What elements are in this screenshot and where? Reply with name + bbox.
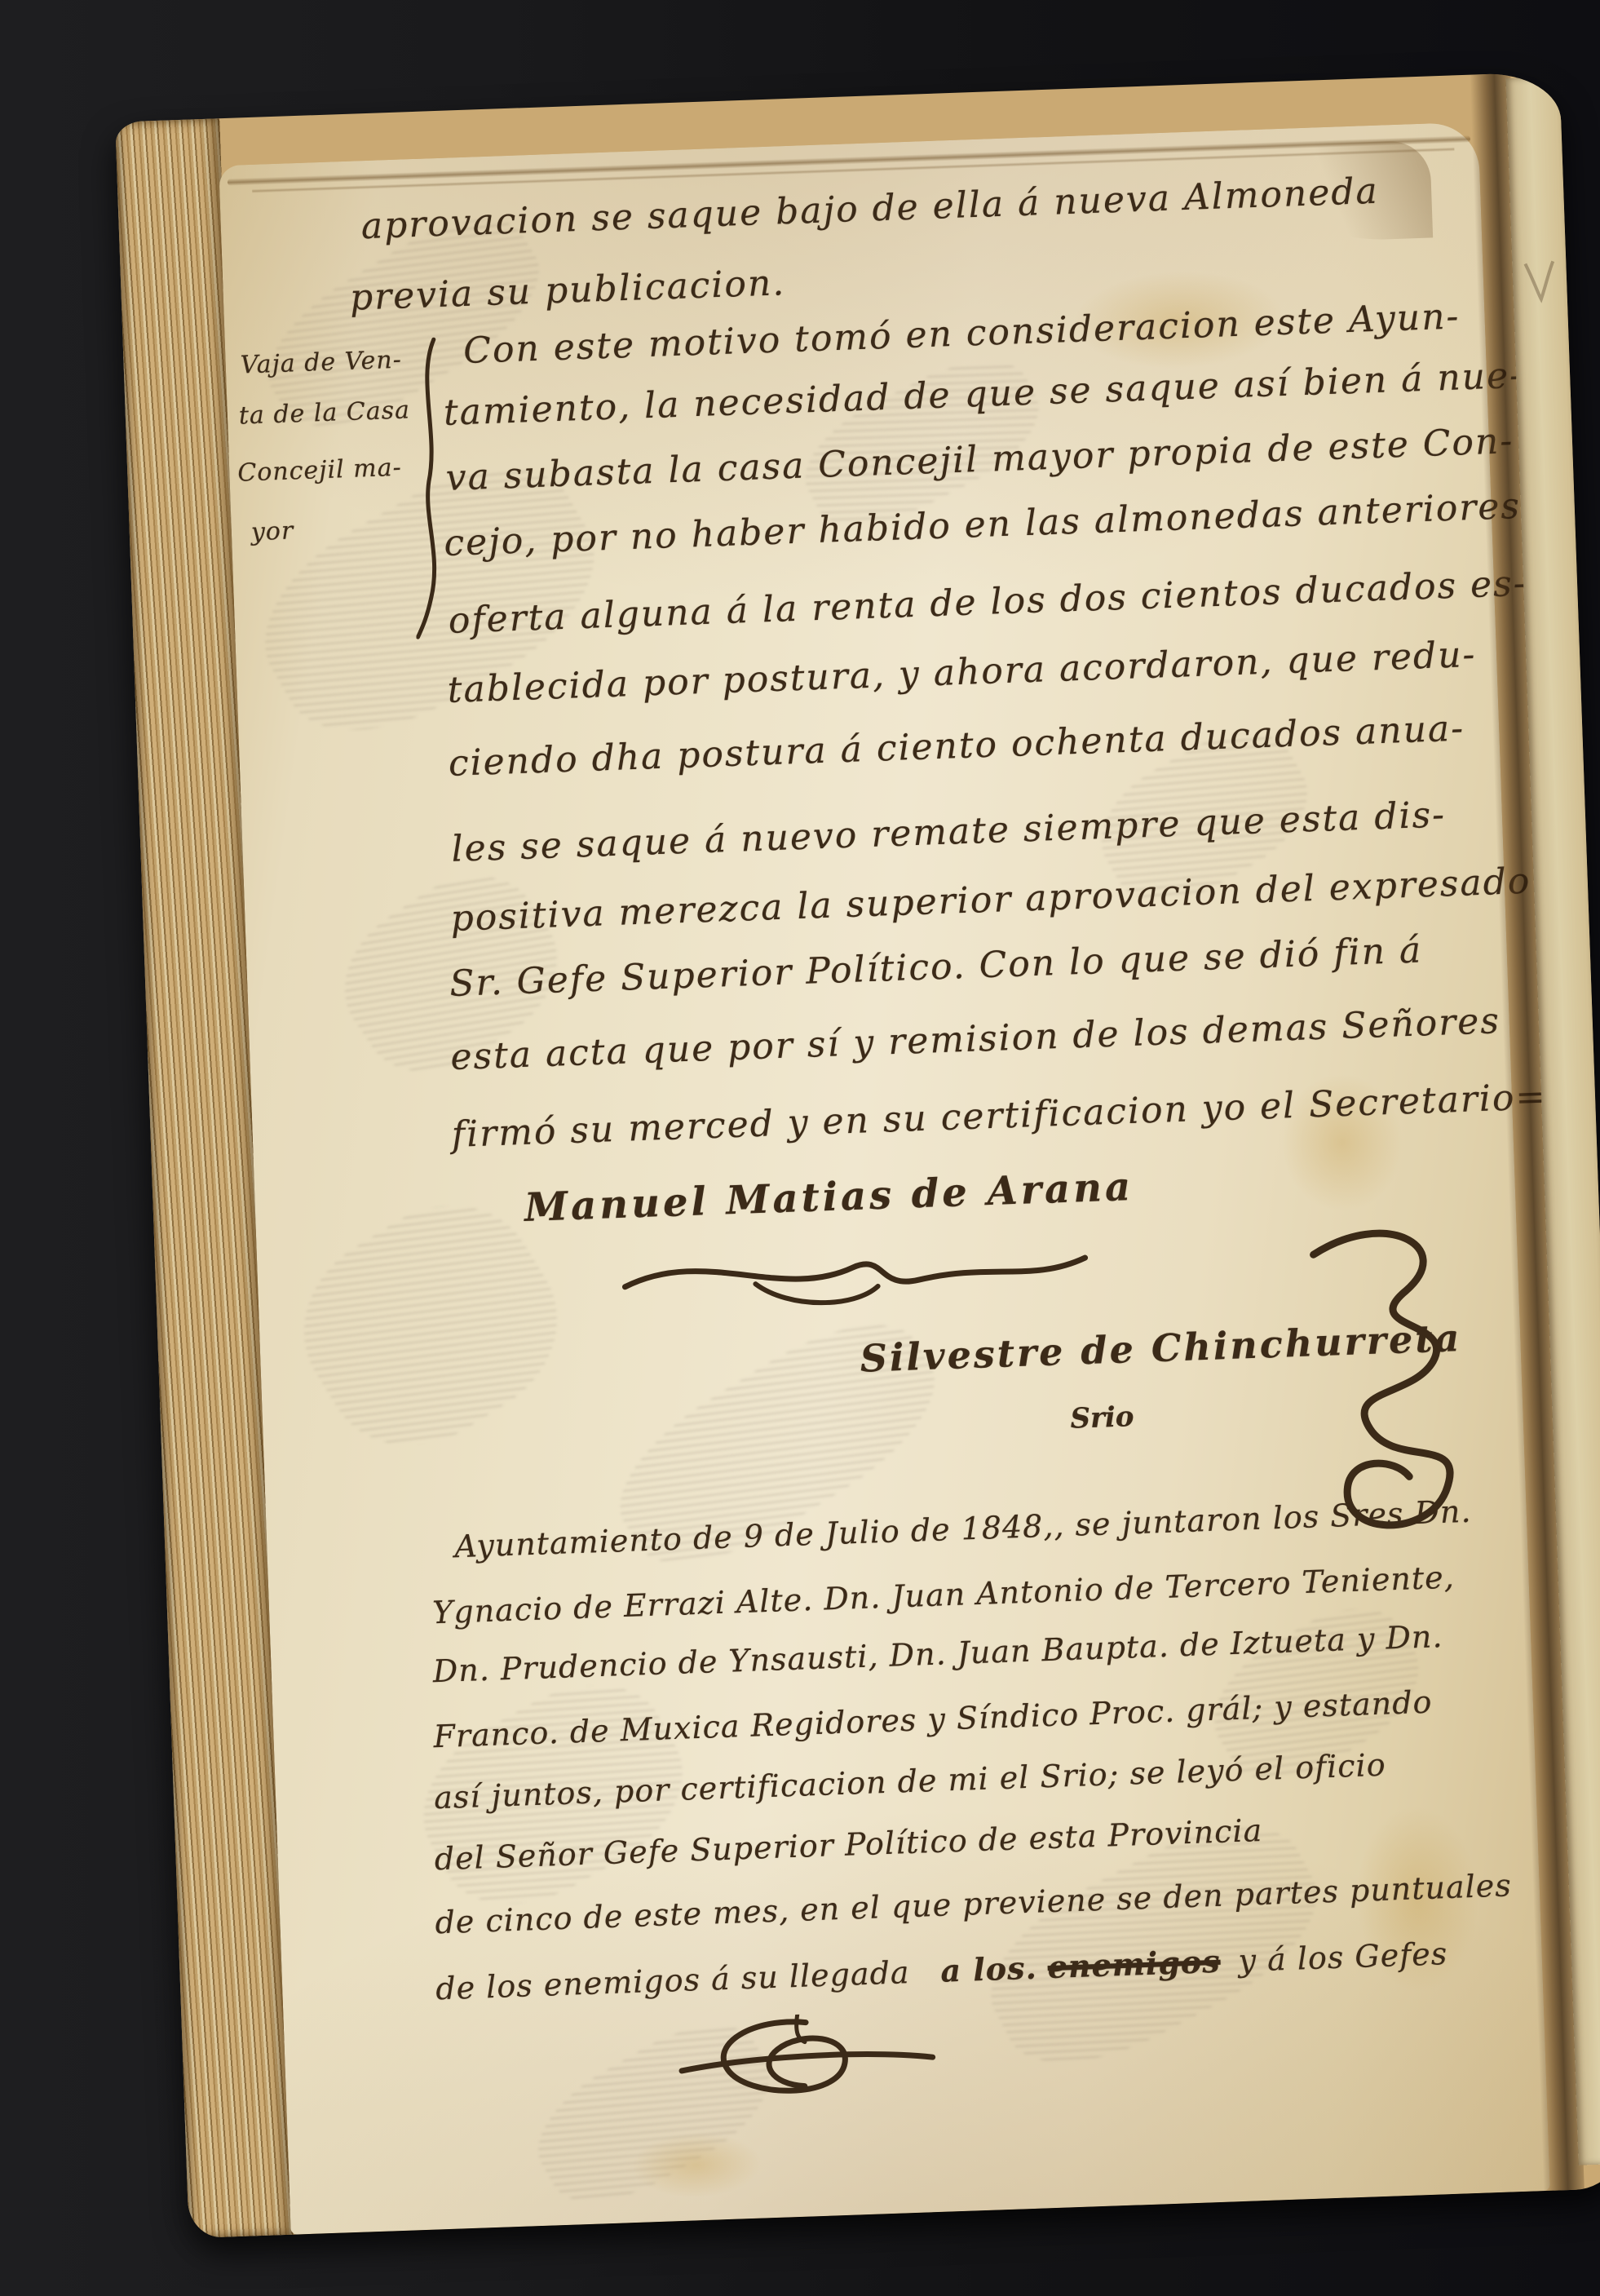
- text-line: Sr. Gefe Superior Político. Con lo que s…: [449, 929, 1423, 1005]
- photo-background: { "margin_note": { "lines": ["Vaja de Ve…: [0, 0, 1600, 2296]
- signature-title-srio: Srio: [1070, 1400, 1134, 1436]
- text-line: positiva merezca la superior aprovacion …: [450, 860, 1531, 940]
- margin-note-line: Concejil ma-: [237, 453, 402, 488]
- text-segment: de los enemigos á su llegada: [435, 1954, 911, 2006]
- text-line: Ygnacio de Errazi Alte. Dn. Juan Antonio…: [431, 1559, 1455, 1630]
- text-line: esta acta que por sí y remision de los d…: [450, 1000, 1501, 1078]
- inserted-correction: a los.: [940, 1949, 1038, 1989]
- manuscript-page: aprovacion se saque bajo de ella á nueva…: [219, 122, 1550, 2234]
- manuscript-book: aprovacion se saque bajo de ella á nueva…: [115, 72, 1600, 2238]
- text-line: cejo, por no haber habido en las almoned…: [444, 484, 1535, 564]
- struck-out-word: enemigos: [1047, 1943, 1221, 1985]
- closing-rubric-flourish: [675, 2010, 939, 2125]
- text-line: oferta alguna á la renta de los dos cien…: [448, 563, 1527, 642]
- signature-flourish: [608, 1225, 1099, 1324]
- signature-manuel-matias-de-arana: Manuel Matias de Arana: [524, 1164, 1134, 1231]
- text-line: les se saque á nuevo remate siempre que …: [451, 794, 1447, 870]
- next-page-pen-mark: [1522, 256, 1556, 306]
- stain: [630, 2130, 763, 2201]
- margin-note-line: Vaja de Ven-: [240, 346, 402, 380]
- text-line: ciendo dha postura á ciento ochenta duca…: [448, 707, 1465, 784]
- text-line: de cinco de este mes, en el que previene…: [435, 1867, 1513, 1940]
- text-segment: y á los Gefes: [1238, 1935, 1448, 1979]
- text-line: tablecida por postura, y ahora acordaron…: [447, 634, 1477, 711]
- margin-note-line: ta de la Casa: [238, 396, 410, 430]
- text-line-with-correction: de los enemigos á su llegadaa los. enemi…: [435, 1935, 1448, 2006]
- margin-note-line: yor: [250, 516, 294, 546]
